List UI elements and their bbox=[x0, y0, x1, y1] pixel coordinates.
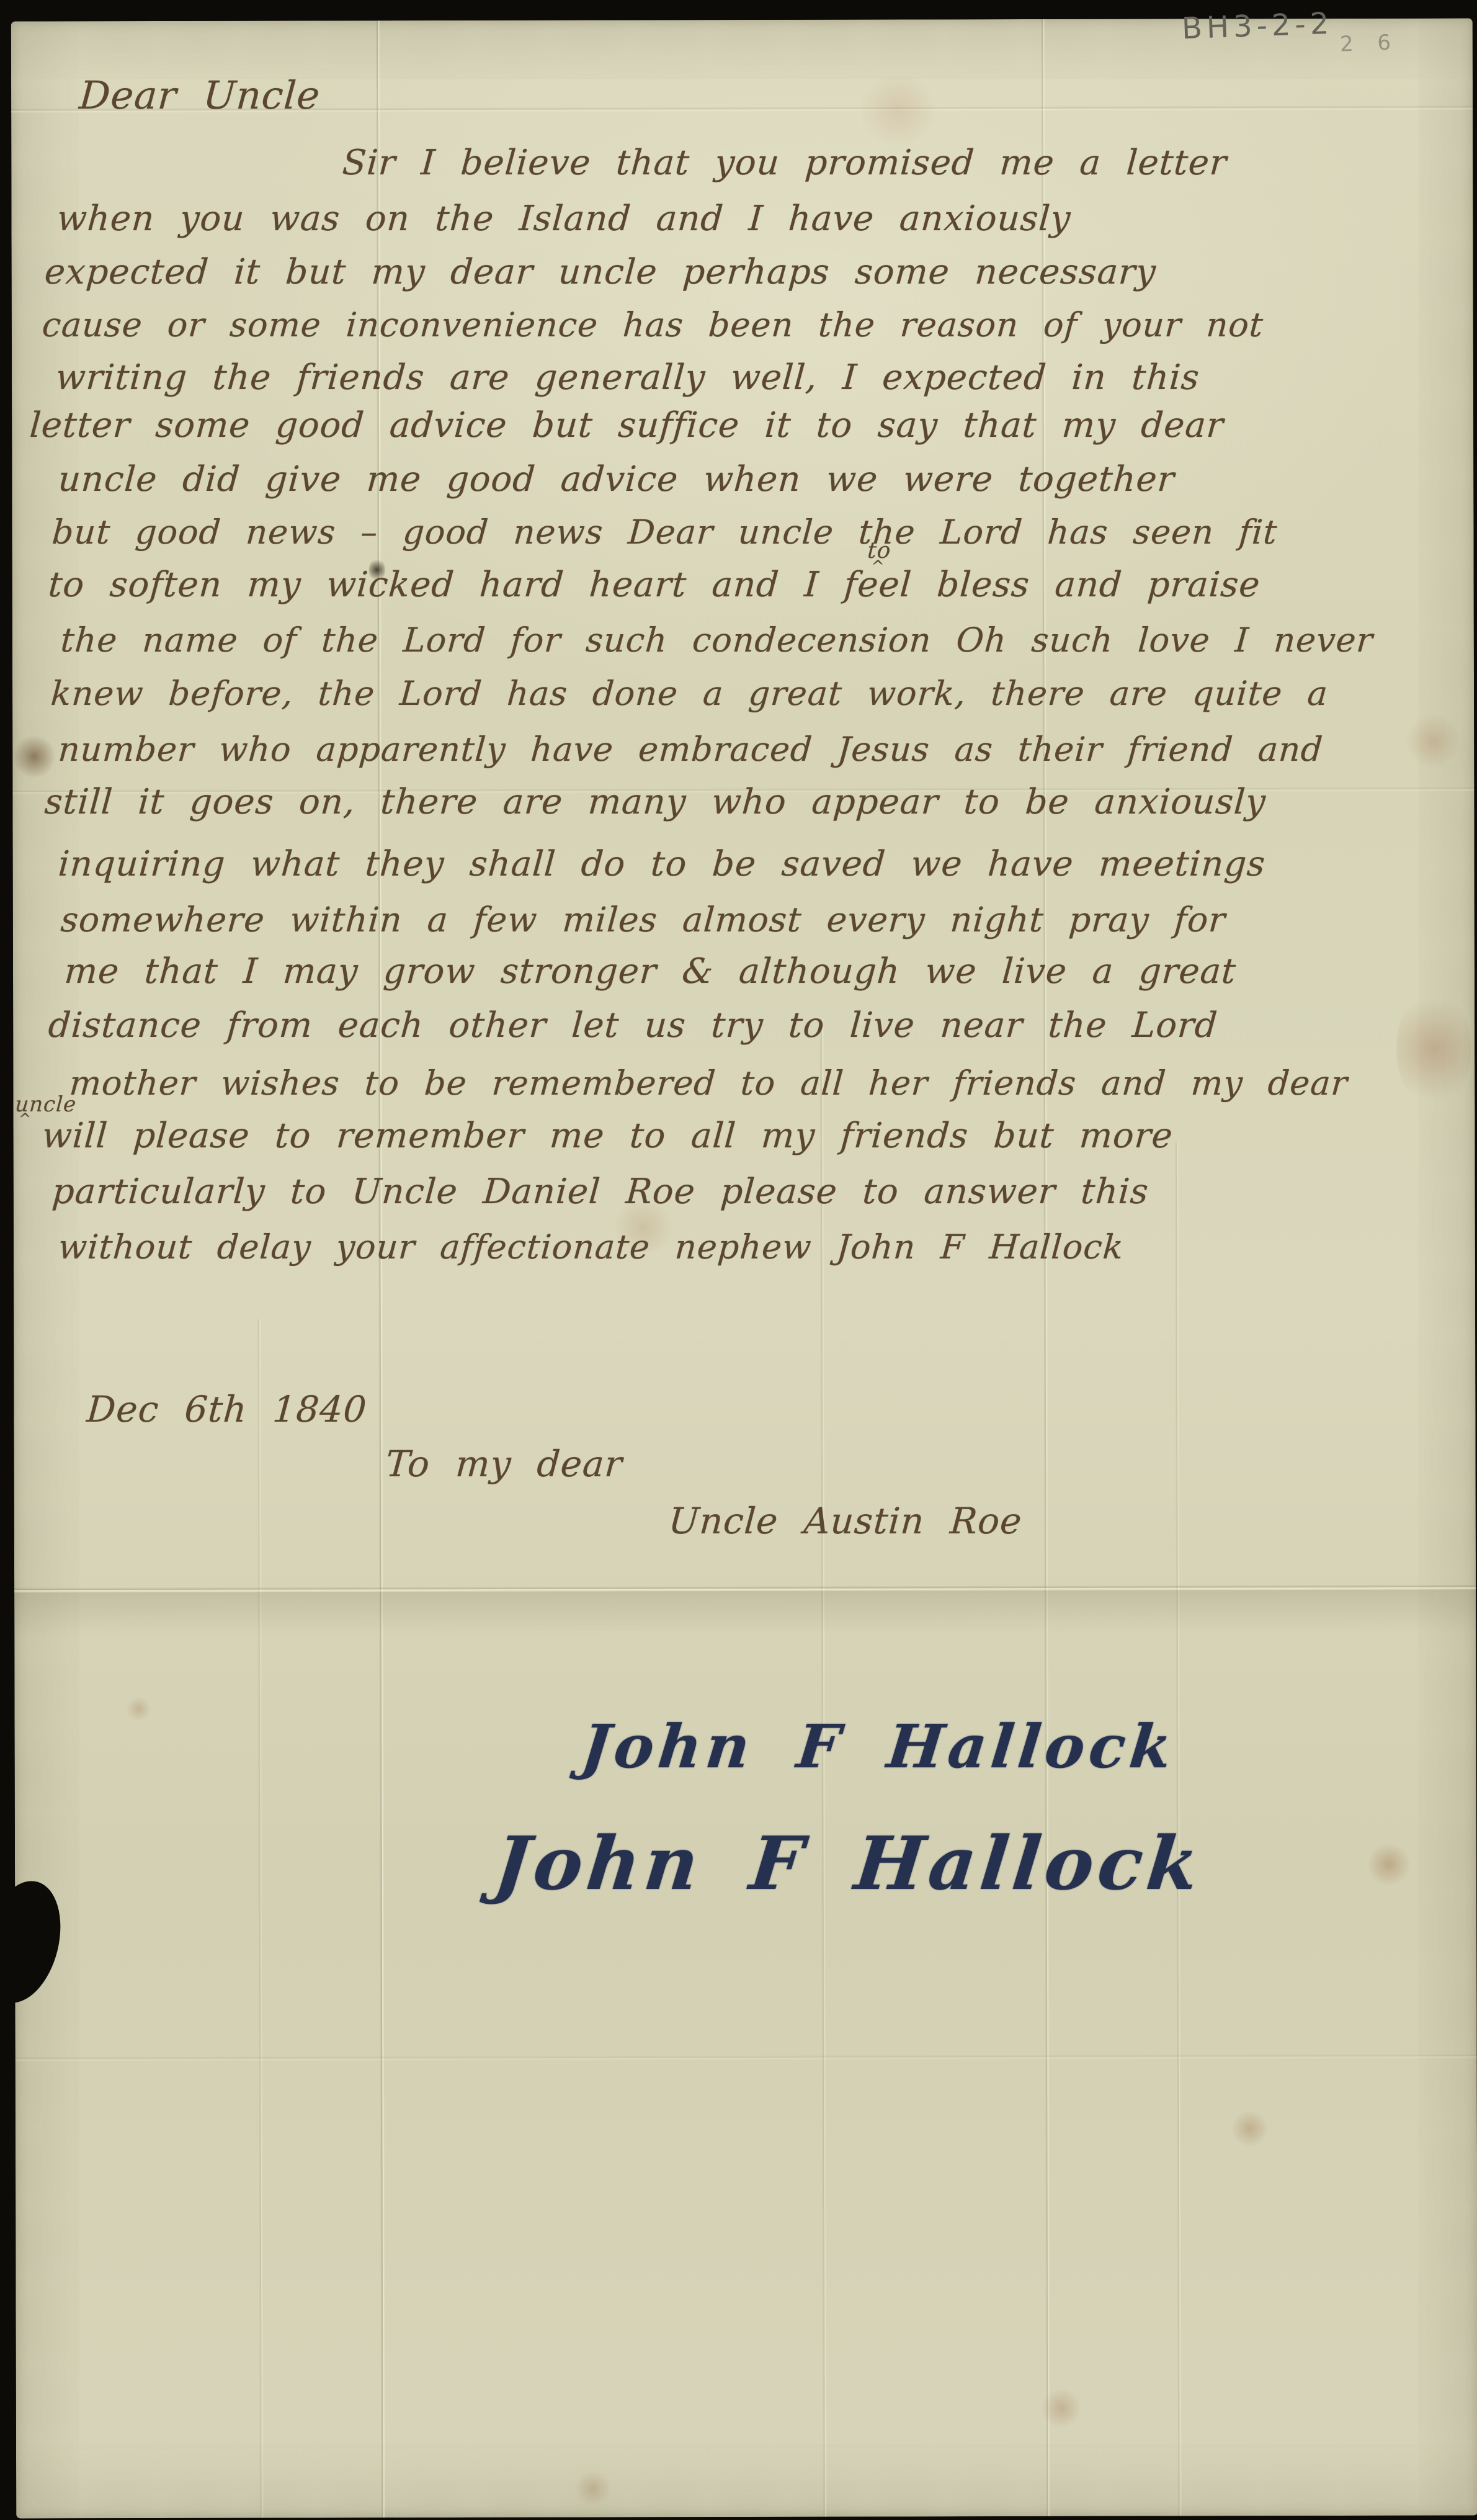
letter-line: inquiring what they shall do to be saved… bbox=[57, 845, 1267, 884]
archival-code: BH3-2-2 bbox=[1181, 7, 1334, 45]
letter-line: letter some good advice but suffice it t… bbox=[29, 406, 1225, 445]
letter-line: Sir I believe that you promised me a let… bbox=[341, 144, 1228, 182]
letter-line: writing the friends are generally well, … bbox=[55, 359, 1201, 397]
letter-line: particularly to Uncle Daniel Roe please … bbox=[51, 1173, 1150, 1211]
letter-line: Dec 6th 1840 bbox=[86, 1390, 368, 1430]
signature: John F Hallock bbox=[491, 1823, 1207, 1904]
letter-line: uncle did give me good advice when we we… bbox=[57, 460, 1176, 499]
scanned-letter-page: { "colors":{ "paper":"#d8d5ba", "backdro… bbox=[0, 0, 1477, 2520]
letter-line: mother wishes to be remembered to all he… bbox=[68, 1065, 1349, 1101]
letter-line: when you was on the Island and I have an… bbox=[56, 200, 1072, 238]
letter-line: will please to remember me to all my fri… bbox=[41, 1117, 1174, 1155]
letter-line: To my dear bbox=[385, 1445, 624, 1484]
inserted-word: to bbox=[866, 539, 892, 570]
letter-line: expected it but my dear uncle perhaps so… bbox=[43, 253, 1158, 292]
letter-line: but good news – good news Dear uncle the… bbox=[51, 514, 1278, 550]
handwriting-layer: Dear UncleSir I believe that you promise… bbox=[0, 0, 1477, 2520]
letter-line: distance from each other let us try to l… bbox=[47, 1007, 1219, 1045]
letter-line: to soften my wicked hard heart and I fee… bbox=[47, 566, 1262, 604]
letter-line: knew before, the Lord has done a great w… bbox=[50, 675, 1329, 712]
letter-line: still it goes on, there are many who app… bbox=[43, 783, 1267, 822]
inserted-word: uncle bbox=[14, 1093, 77, 1123]
letter-line: Uncle Austin Roe bbox=[667, 1502, 1024, 1541]
letter-line: Dear Uncle bbox=[78, 74, 322, 117]
archival-code-secondary: 2 6 bbox=[1339, 31, 1399, 56]
letter-line: number who apparently have embraced Jesu… bbox=[57, 731, 1324, 768]
letter-line: without delay your affectionate nephew J… bbox=[57, 1229, 1125, 1265]
letter-line: cause or some inconvenience has been the… bbox=[41, 307, 1265, 343]
letter-line: me that I may grow stronger & although w… bbox=[63, 953, 1238, 991]
letter-line: the name of the Lord for such condecensi… bbox=[60, 622, 1375, 658]
letter-line: somewhere within a few miles almost ever… bbox=[60, 901, 1227, 939]
signature: John F Hallock bbox=[578, 1714, 1179, 1780]
